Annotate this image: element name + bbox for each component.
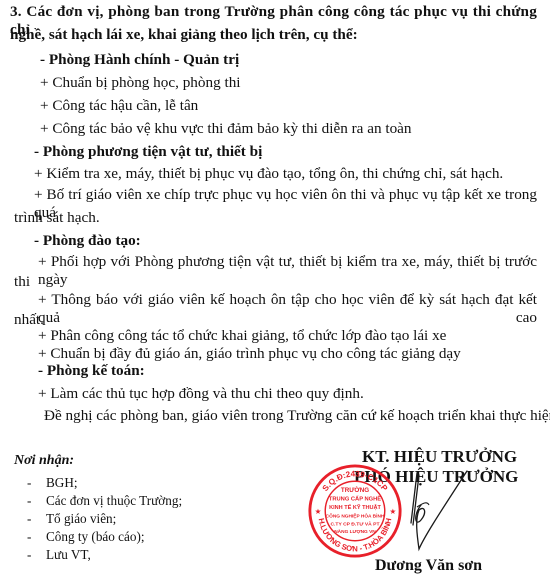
task-item: + Công tác bảo vệ khu vực thi đảm bảo kỳ… bbox=[40, 120, 412, 138]
task-item-continuation: thi bbox=[14, 273, 30, 291]
svg-text:TRUNG CẤP NGHỀ: TRUNG CẤP NGHỀ bbox=[329, 495, 381, 502]
task-item: + Thông báo với giáo viên kế hoạch ôn tậ… bbox=[38, 291, 537, 327]
recipient-item: -Tổ giáo viên; bbox=[27, 511, 116, 527]
signer-name: Dương Văn sơn bbox=[375, 557, 482, 575]
task-item: + Bố trí giáo viên xe chíp trực phục vụ … bbox=[34, 186, 537, 222]
department-title-training: - Phòng đào tạo: bbox=[34, 232, 141, 250]
task-item-continuation: trình sát hạch. bbox=[14, 209, 100, 227]
svg-text:NĂNG LƯỢNG VN: NĂNG LƯỢNG VN bbox=[334, 528, 376, 535]
task-item: + Công tác hậu cần, lễ tân bbox=[40, 97, 198, 115]
svg-text:TRƯỜNG: TRƯỜNG bbox=[341, 486, 369, 494]
handwritten-signature-icon bbox=[405, 465, 485, 555]
recipient-item: -Các đơn vị thuộc Trường; bbox=[27, 493, 182, 509]
recipient-item: -Lưu VT, bbox=[27, 547, 91, 563]
closing-statement: Đề nghị các phòng ban, giáo viên trong T… bbox=[44, 407, 550, 425]
task-item: + Phối hợp với Phòng phương tiện vật tư,… bbox=[38, 253, 537, 289]
task-item: + Kiểm tra xe, máy, thiết bị phục vụ đào… bbox=[34, 165, 503, 183]
svg-text:★: ★ bbox=[315, 507, 322, 516]
svg-text:KINH TẾ KỸ THUẬT: KINH TẾ KỸ THUẬT bbox=[329, 504, 381, 511]
task-item: + Chuẩn bị phòng học, phòng thi bbox=[40, 74, 241, 92]
section-heading-line2: nghề, sát hạch lái xe, khai giảng theo l… bbox=[10, 26, 358, 44]
recipient-item: -BGH; bbox=[27, 475, 78, 491]
recipients-label: Nơi nhận: bbox=[14, 452, 74, 470]
department-title-admin: - Phòng Hành chính - Quản trị bbox=[40, 51, 239, 69]
task-item: + Phân công công tác tổ chức khai giảng,… bbox=[38, 327, 446, 345]
svg-text:C.TY CP Đ.TƯ VÀ PT: C.TY CP Đ.TƯ VÀ PT bbox=[330, 520, 379, 527]
department-title-accounting: - Phòng kế toán: bbox=[38, 362, 145, 380]
department-title-equipment: - Phòng phương tiện vật tư, thiết bị bbox=[34, 143, 262, 161]
svg-text:★: ★ bbox=[390, 507, 397, 516]
recipient-item: -Công ty (báo cáo); bbox=[27, 529, 145, 545]
official-stamp-icon: S.Q.Đ:2439-C1CP H.LƯƠNG SƠN - T.HÒA BÌNH… bbox=[307, 463, 403, 559]
task-item: + Chuẩn bị đầy đủ giáo án, giáo trình ph… bbox=[38, 345, 461, 363]
svg-text:CÔNG NGHIỆP HÒA BÌNH: CÔNG NGHIỆP HÒA BÌNH bbox=[326, 512, 385, 520]
task-item: + Làm các thủ tục hợp đồng và thu chi th… bbox=[38, 385, 364, 403]
